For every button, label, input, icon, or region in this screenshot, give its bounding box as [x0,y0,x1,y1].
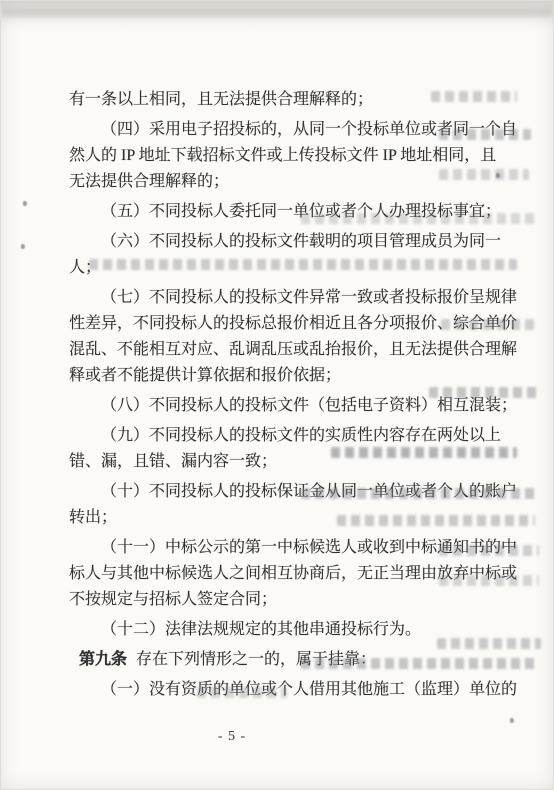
page-number: - 5 - [1,729,463,745]
text-line: （十）不同投标人的投标保证金从同一单位或者个人的账户 [69,479,521,505]
text-line: 释或者不能提供计算依据和报价依据； [69,363,521,389]
scanner-streak-artifact [1,8,553,17]
text-line: 性差异，不同投标人的投标总报价相近且各分项报价、综合单价 [69,311,521,337]
text-line: 第九条存在下列情形之一的，属于挂靠： [69,647,521,673]
text-line: 混乱、不能相互对应、乱调乱压或乱抬报价，且无法提供合理解 [69,337,521,363]
scan-speck-artifact [510,718,514,723]
scanned-page: 有一条以上相同，且无法提供合理解释的；（四）采用电子招投标的，从同一个投标单位或… [0,0,554,790]
text-line-body: 存在下列情形之一的，属于挂靠： [136,651,376,668]
text-line: （一）没有资质的单位或个人借用其他施工（监理）单位的 [69,677,521,703]
scanner-edge-artifact [1,1,553,31]
article-number: 第九条 [79,651,127,668]
text-line: 人； [69,255,521,281]
text-line: 错、漏，且错、漏内容一致； [69,449,521,475]
scan-speck-artifact [21,244,25,249]
text-line: （八）不同投标人的投标文件（包括电子资料）相互混装； [69,393,521,419]
text-line: （十二）法律法规规定的其他串通投标行为。 [69,617,521,643]
text-line: 转出； [69,505,521,531]
text-line: 然人的 IP 地址下载招标文件或上传投标文件 IP 地址相同，且 [69,143,521,169]
text-line: （五）不同投标人委托同一单位或者个人办理投标事宜； [69,199,521,225]
text-line: （十一）中标公示的第一中标候选人或收到中标通知书的中 [69,535,521,561]
text-line: （六）不同投标人的投标文件载明的项目管理成员为同一 [69,229,521,255]
text-line: 标人与其他中标候选人之间相互协商后，无正当理由放弃中标或 [69,561,521,587]
scan-speck-artifact [23,201,27,206]
text-line: （九）不同投标人的投标文件的实质性内容存在两处以上 [69,423,521,449]
text-line: 不按规定与招标人签定合同； [69,587,521,613]
text-line: （四）采用电子招投标的，从同一个投标单位或者同一个自 [69,117,521,143]
text-line: （七）不同投标人的投标文件异常一致或者投标报价呈规律 [69,285,521,311]
text-line: 无法提供合理解释的； [69,169,521,195]
document-text-block: 有一条以上相同，且无法提供合理解释的；（四）采用电子招投标的，从同一个投标单位或… [69,87,521,703]
text-line: 有一条以上相同，且无法提供合理解释的； [69,87,521,113]
